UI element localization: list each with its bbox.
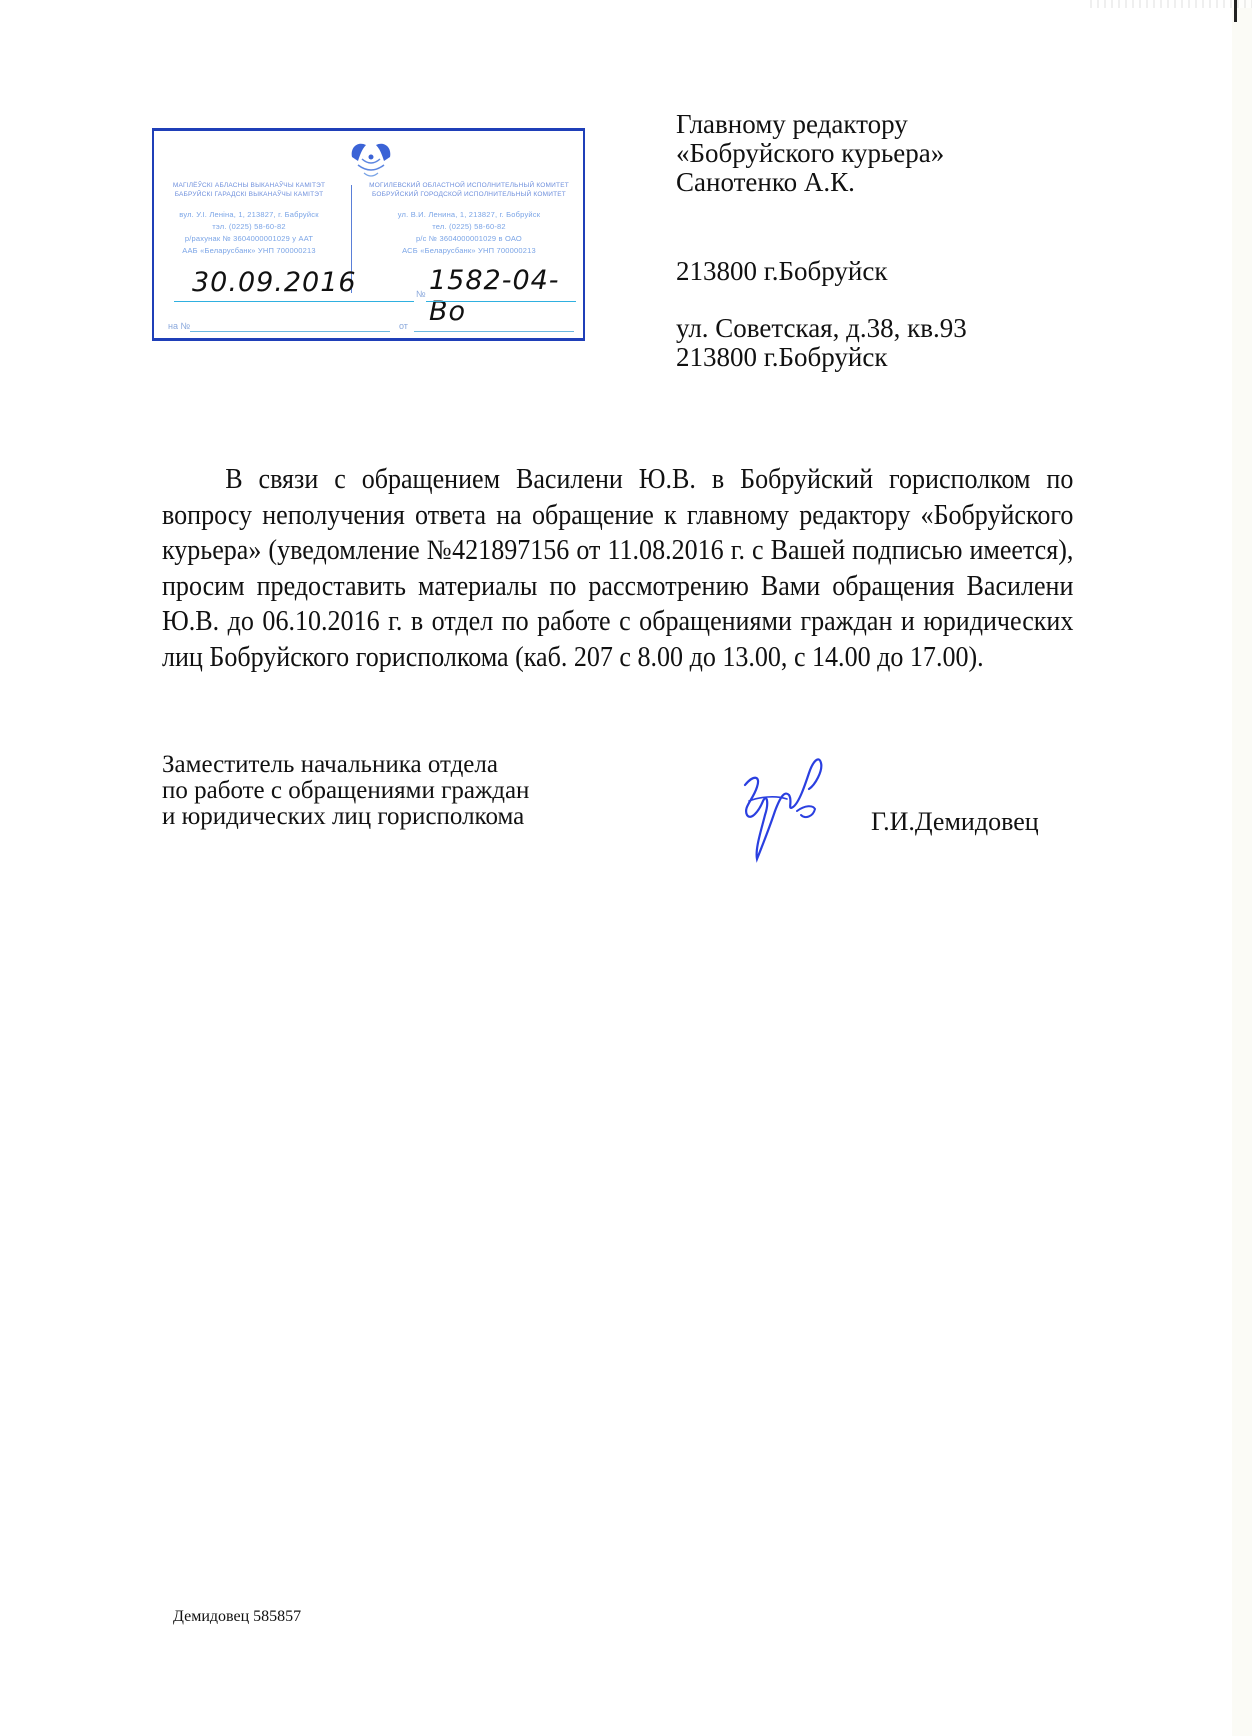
coat-of-arms-icon <box>344 137 398 183</box>
executor-note: Демидовец 585857 <box>173 1608 301 1626</box>
page-edge <box>1232 0 1252 1736</box>
signature-icon <box>735 745 835 865</box>
signer-position: Заместитель начальника отдела по работе … <box>162 752 529 830</box>
stamp-number-prefix: № <box>416 289 426 299</box>
stamp-from-line <box>414 331 574 332</box>
stamp-number: 1582-04-Во <box>429 265 583 327</box>
recipient-block: Главному редактору «Бобруйского курьера»… <box>676 110 944 197</box>
stamp-right-line: ул. В.И. Ленина, 1, 213827, г. Бобруйск <box>359 209 579 221</box>
address-city-1: 213800 г.Бобруйск <box>676 257 967 286</box>
scan-artifact <box>1090 0 1252 8</box>
stamp-from-label: от <box>399 321 408 331</box>
stamp-date-line <box>174 301 414 302</box>
stamp-left-header: МАГІЛЁЎСКІ АБЛАСНЫ ВЫКАНАЎЧЫ КАМІТЭТ БАБ… <box>154 181 344 199</box>
stamp-right-header: МОГИЛЕВСКИЙ ОБЛАСТНОЙ ИСПОЛНИТЕЛЬНЫЙ КОМ… <box>359 181 579 199</box>
body-paragraph: В связи с обращением Василени Ю.В. в Боб… <box>162 462 1073 675</box>
recipient-title: Главному редактору <box>676 110 944 139</box>
stamp-left-line: тэл. (0225) 58-60-82 <box>154 221 344 233</box>
recipient-address: 213800 г.Бобруйск ул. Советская, д.38, к… <box>676 257 967 372</box>
signer-name: Г.И.Демидовец <box>871 807 1039 837</box>
recipient-name: Санотенко А.К. <box>676 168 944 197</box>
stamp-number-line <box>426 301 576 302</box>
stamp-left-column: МАГІЛЁЎСКІ АБЛАСНЫ ВЫКАНАЎЧЫ КАМІТЭТ БАБ… <box>154 181 344 257</box>
address-city-2: 213800 г.Бобруйск <box>676 343 967 372</box>
stamp-ref-label: на № <box>168 321 190 331</box>
stamp-left-line: вул. У.І. Леніна, 1, 213827, г. Бабруйск <box>154 209 344 221</box>
letterhead-stamp: МАГІЛЁЎСКІ АБЛАСНЫ ВЫКАНАЎЧЫ КАМІТЭТ БАБ… <box>152 128 585 341</box>
stamp-right-line: АСБ «Беларусбанк» УНП 700000213 <box>359 245 579 257</box>
scan-artifact-mark <box>1234 0 1237 22</box>
stamp-left-line: р/рахунак № 3604000001029 у ААТ <box>154 233 344 245</box>
stamp-left-line: ААБ «Беларусбанк» УНП 700000213 <box>154 245 344 257</box>
address-street: ул. Советская, д.38, кв.93 <box>676 314 967 343</box>
recipient-organization: «Бобруйского курьера» <box>676 139 944 168</box>
stamp-right-column: МОГИЛЕВСКИЙ ОБЛАСТНОЙ ИСПОЛНИТЕЛЬНЫЙ КОМ… <box>359 181 579 257</box>
stamp-ref-line <box>190 331 390 332</box>
letter-body: В связи с обращением Василени Ю.В. в Боб… <box>162 462 1073 675</box>
stamp-right-line: тел. (0225) 58-60-82 <box>359 221 579 233</box>
stamp-date: 30.09.2016 <box>192 267 357 298</box>
stamp-right-line: р/с № 3604000001029 в ОАО <box>359 233 579 245</box>
